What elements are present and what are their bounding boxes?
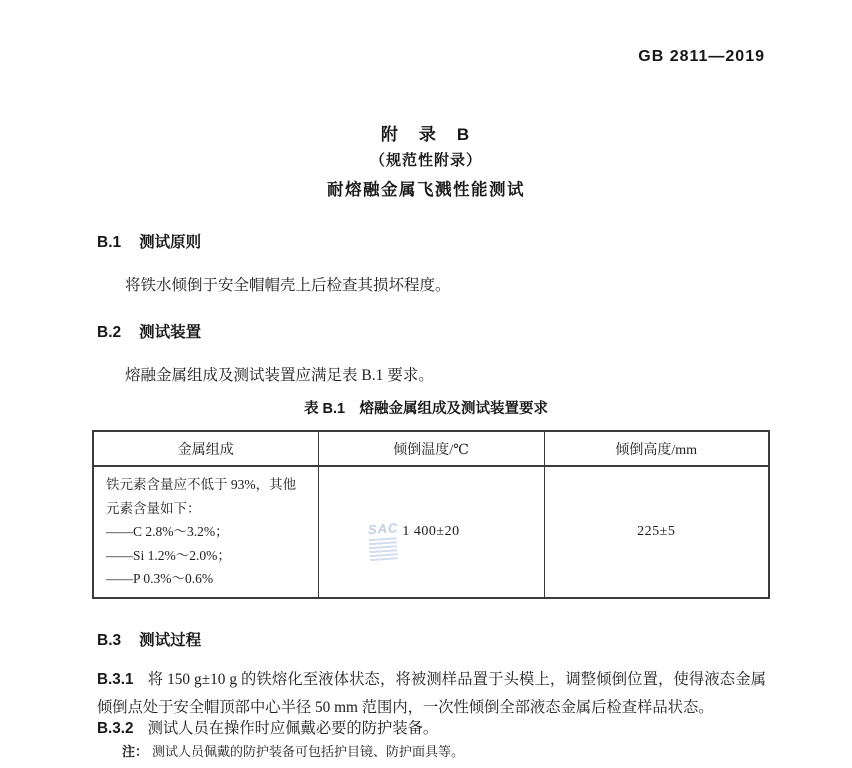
composition-line: 铁元素含量应不低于 93%，其他元素含量如下： bbox=[106, 473, 310, 520]
standard-code: GB 2811—2019 bbox=[638, 48, 765, 66]
table-header-composition: 金属组成 bbox=[93, 431, 318, 466]
table-b1: 金属组成 倾倒温度/℃ 倾倒高度/mm 铁元素含量应不低于 93%，其他元素含量… bbox=[92, 430, 770, 599]
document-page: GB 2811—2019 附 录 B （规范性附录） 耐熔融金属飞溅性能测试 B… bbox=[0, 0, 852, 768]
pour-height-cell: 225±5 bbox=[544, 466, 769, 598]
section-b32-number: B.3.2 bbox=[97, 720, 134, 737]
section-b2-body: 熔融金属组成及测试装置应满足表 B.1 要求。 bbox=[125, 363, 434, 385]
composition-line: ——Si 1.2%～2.0%； bbox=[106, 544, 310, 568]
section-b31-paragraph: B.3.1将 150 g±10 g 的铁熔化至液体状态，将被测样品置于头模上，调… bbox=[97, 666, 766, 722]
section-b32-paragraph: B.3.2测试人员在操作时应佩戴必要的防护装备。 bbox=[97, 716, 438, 738]
section-b3-number: B.3 bbox=[97, 632, 121, 649]
section-b31-body: 将 150 g±10 g 的铁熔化至液体状态，将被测样品置于头模上，调整倾倒位置… bbox=[97, 671, 766, 716]
section-b2-title: 测试装置 bbox=[139, 324, 201, 341]
composition-line: ——P 0.3%～0.6% bbox=[106, 567, 310, 591]
section-b2-number: B.2 bbox=[97, 324, 121, 341]
table-header-pour-temperature: 倾倒温度/℃ bbox=[318, 431, 544, 466]
section-b3-heading: B.3测试过程 bbox=[97, 628, 201, 650]
table-row: 铁元素含量应不低于 93%，其他元素含量如下： ——C 2.8%～3.2%； —… bbox=[93, 466, 769, 598]
section-b2-heading: B.2测试装置 bbox=[97, 320, 201, 342]
table-b1-caption: 表 B.1 熔融金属组成及测试装置要求 bbox=[0, 397, 852, 418]
appendix-label: 附 录 B bbox=[0, 120, 852, 145]
section-b1-title: 测试原则 bbox=[139, 234, 201, 251]
appendix-type: （规范性附录） bbox=[0, 149, 852, 170]
section-b31-number: B.3.1 bbox=[97, 671, 134, 688]
note-line: 注：测试人员佩戴的防护装备可包括护目镜、防护面具等。 bbox=[122, 741, 464, 760]
section-b3-title: 测试过程 bbox=[139, 632, 201, 649]
note-text: 测试人员佩戴的防护装备可包括护目镜、防护面具等。 bbox=[152, 744, 464, 759]
section-b1-body: 将铁水倾倒于安全帽帽壳上后检查其损坏程度。 bbox=[125, 273, 451, 295]
table-header-row: 金属组成 倾倒温度/℃ 倾倒高度/mm bbox=[93, 431, 769, 466]
composition-cell: 铁元素含量应不低于 93%，其他元素含量如下： ——C 2.8%～3.2%； —… bbox=[93, 466, 318, 598]
section-b32-body: 测试人员在操作时应佩戴必要的防护装备。 bbox=[148, 720, 439, 737]
table-header-pour-height: 倾倒高度/mm bbox=[544, 431, 769, 466]
section-b1-heading: B.1测试原则 bbox=[97, 230, 201, 252]
appendix-title: 耐熔融金属飞溅性能测试 bbox=[0, 176, 852, 200]
note-label: 注： bbox=[122, 744, 148, 759]
pour-temperature-cell: 1 400±20 bbox=[318, 466, 544, 598]
composition-line: ——C 2.8%～3.2%； bbox=[106, 520, 310, 544]
section-b1-number: B.1 bbox=[97, 234, 121, 251]
